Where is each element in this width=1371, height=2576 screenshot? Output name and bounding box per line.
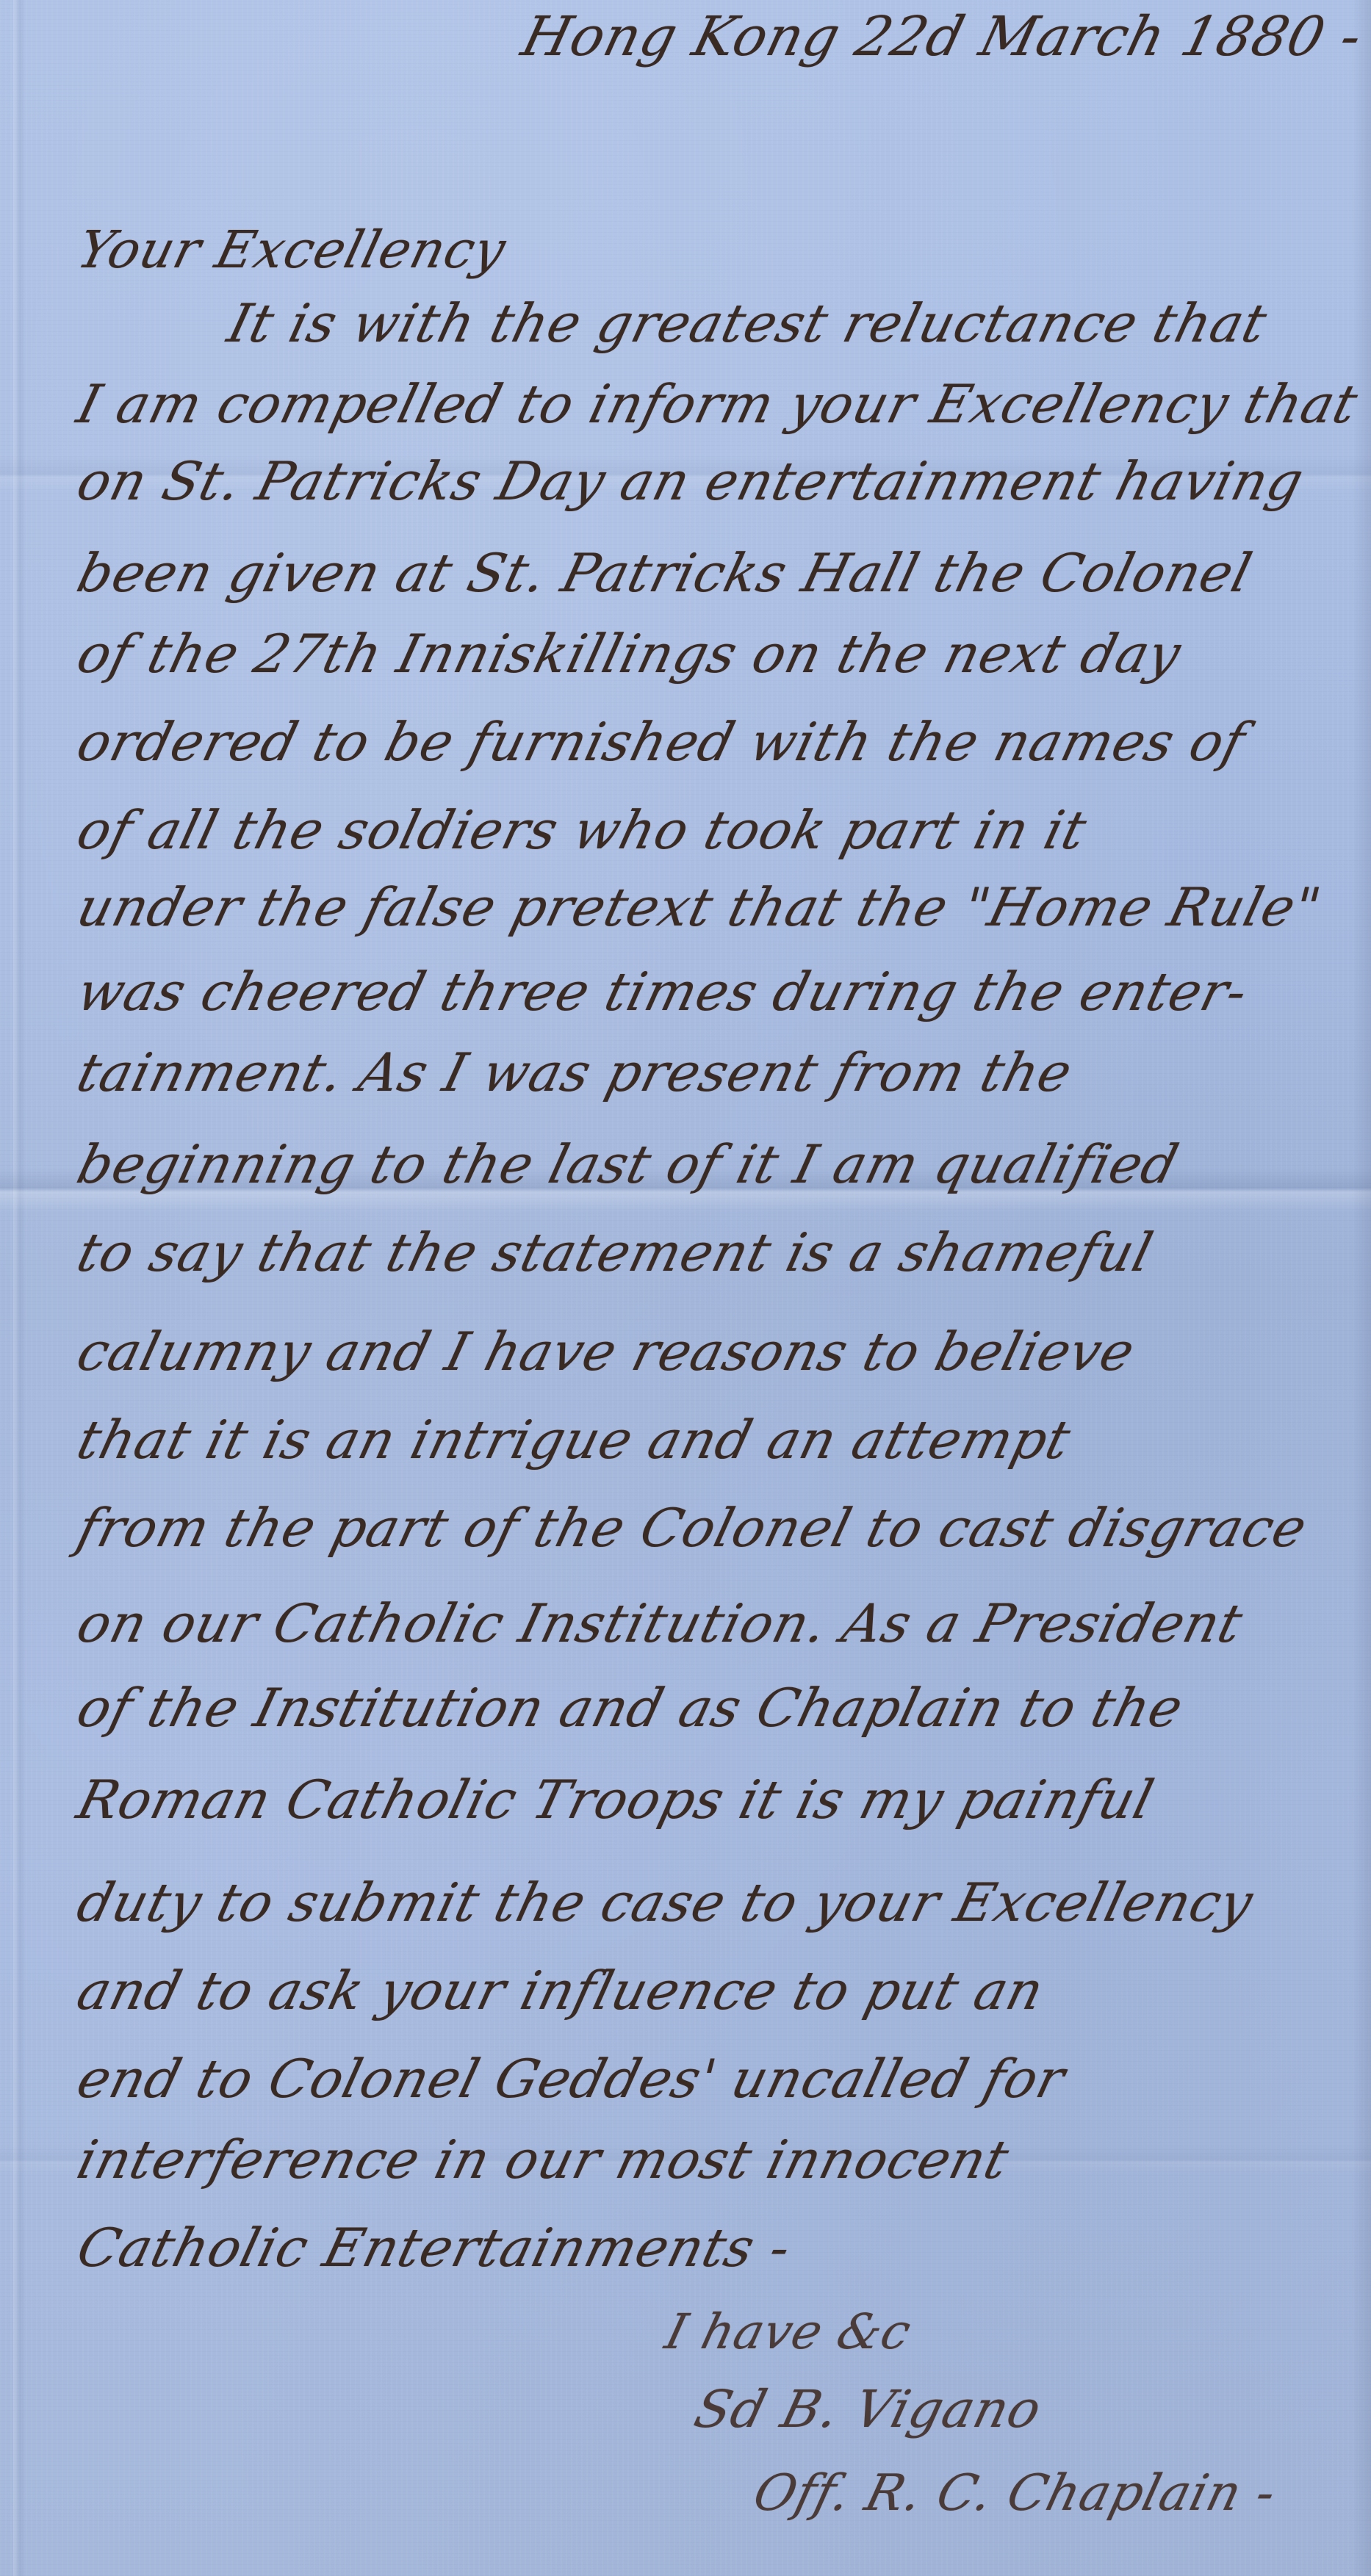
body-line-10: tainment. As I was present from the — [70, 1036, 1080, 1109]
body-line-20: and to ask your influence to put an — [70, 1954, 1051, 2027]
body-line-2: I am compelled to inform your Excellency… — [70, 367, 1366, 441]
body-line-15: from the part of the Colonel to cast dis… — [70, 1491, 1315, 1565]
letter-dateline: Hong Kong 22d March 1880 - — [514, 0, 1370, 73]
body-line-14: that it is an intrigue and an attempt — [70, 1403, 1079, 1476]
body-line-16: on our Catholic Institution. As a Presid… — [70, 1587, 1251, 1660]
body-line-7: of all the soldiers who took part in it — [70, 793, 1095, 867]
body-line-17: of the Institution and as Chaplain to th… — [70, 1671, 1191, 1745]
body-line-5: of the 27th Inniskillings on the next da… — [70, 617, 1189, 690]
letter-salutation: Your Excellency — [70, 213, 514, 286]
body-line-11: beginning to the last of it I am qualifi… — [70, 1128, 1187, 1201]
body-line-13: calumny and I have reasons to believe — [70, 1315, 1142, 1388]
body-line-22: interference in our most innocent — [70, 2123, 1017, 2196]
body-line-21: end to Colonel Geddes' uncalled for — [70, 2042, 1073, 2115]
body-line-23: Catholic Entertainments - — [70, 2211, 799, 2284]
body-line-3: on St. Patricks Day an entertainment hav… — [70, 444, 1311, 518]
vertical-fold-line — [13, 0, 25, 2576]
body-line-18: Roman Catholic Troops it is my painful — [70, 1763, 1162, 1836]
signatory-title: Off. R. C. Chaplain - — [746, 2457, 1284, 2530]
letter-closing: I have &c — [658, 2295, 919, 2369]
body-line-9: was cheered three times during the enter… — [70, 955, 1256, 1028]
body-line-6: ordered to be furnished with the names o… — [70, 705, 1253, 779]
body-line-12: to say that the statement is a shameful — [70, 1216, 1161, 1289]
body-line-19: duty to submit the case to your Excellen… — [70, 1866, 1261, 1939]
letter-signature: Sd B. Vigano — [687, 2373, 1049, 2446]
letter-page: Hong Kong 22d March 1880 - Your Excellen… — [0, 0, 1371, 2576]
body-line-1: It is with the greatest reluctance that — [220, 286, 1275, 360]
body-line-4: been given at St. Patricks Hall the Colo… — [70, 536, 1260, 610]
body-line-8: under the false pretext that the "Home R… — [70, 870, 1329, 944]
